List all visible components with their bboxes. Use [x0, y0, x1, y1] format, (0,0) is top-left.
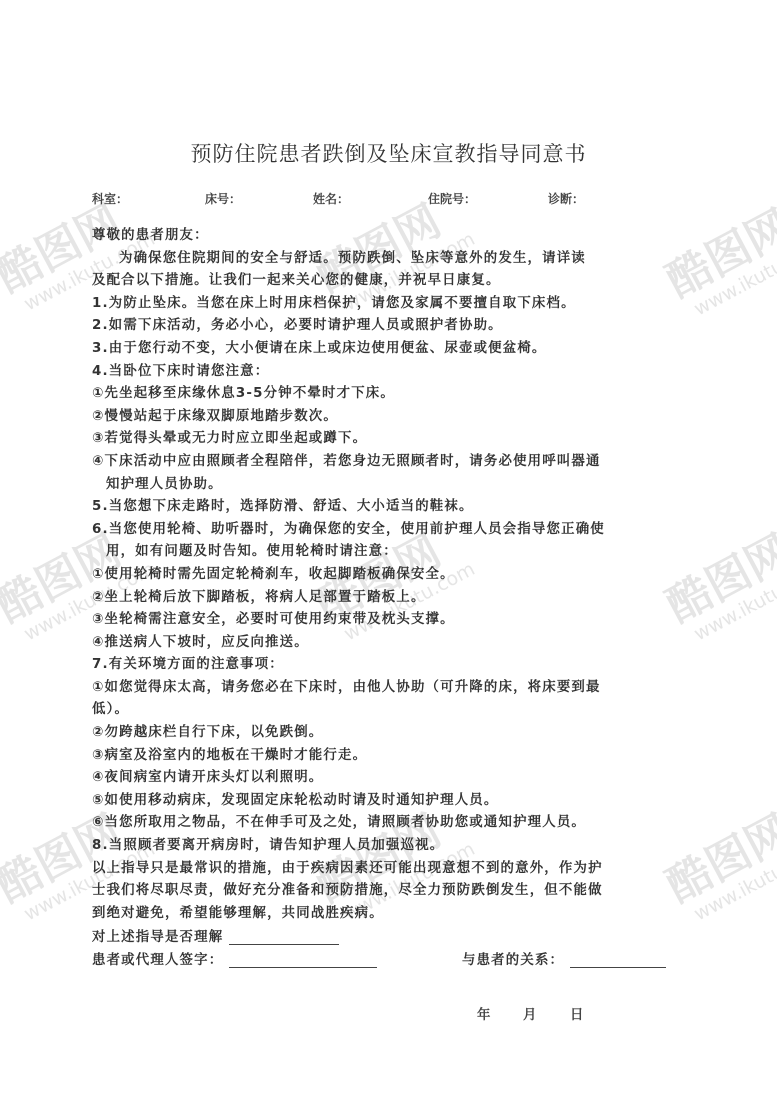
- document-title: 预防住院患者跌倒及坠床宣教指导同意书: [0, 138, 777, 168]
- sub-item-continued: 知护理人员协助。: [92, 474, 692, 497]
- understanding-row: 对上述指导是否理解: [92, 926, 339, 945]
- date-year[interactable]: 年: [477, 1004, 490, 1023]
- list-item: 6.当您使用轮椅、助听器时，为确保您的安全，使用前护理人员会指导您正确使: [92, 519, 692, 542]
- closing-paragraph: 到绝对避免，希望能够理解，共同战胜疾病。: [92, 903, 692, 926]
- sub-item: ①先坐起移至床缘休息3-5分钟不晕时才下床。: [92, 383, 692, 406]
- list-item: 1.为防止坠床。当您在床上时用床档保护，请您及家属不要擅自取下床档。: [92, 293, 692, 316]
- signature-input-line[interactable]: [229, 955, 377, 968]
- list-item: 8.当照顾者要离开病房时，请告知护理人员加强巡视。: [92, 835, 692, 858]
- date-day[interactable]: 日: [570, 1004, 583, 1023]
- list-item: 7.有关环境方面的注意事项：: [92, 654, 692, 677]
- sub-item: ③病室及浴室内的地板在干燥时才能行走。: [92, 745, 692, 768]
- date-month[interactable]: 月: [523, 1004, 536, 1023]
- greeting: 尊敬的患者朋友：: [92, 225, 692, 248]
- admission-number-field[interactable]: 住院号：: [428, 190, 476, 207]
- patient-info-row: 科室： 床号： 姓名： 住院号： 诊断：: [0, 190, 777, 210]
- sub-item: ②慢慢站起于床缘双脚原地踏步数次。: [92, 406, 692, 429]
- sub-item-continued: 低）。: [92, 699, 692, 722]
- sub-item: ②勿跨越床栏自行下床，以免跌倒。: [92, 722, 692, 745]
- understanding-input-line[interactable]: [229, 932, 339, 945]
- department-field[interactable]: 科室：: [92, 190, 128, 207]
- understanding-label: 对上述指导是否理解: [92, 930, 223, 945]
- diagnosis-field[interactable]: 诊断：: [548, 190, 584, 207]
- relation-label: 与患者的关系：: [462, 953, 564, 968]
- intro-paragraph: 及配合以下措施。让我们一起来关心您的健康，并祝早日康复。: [92, 270, 692, 293]
- sub-item: ④下床活动中应由照顾者全程陪伴，若您身边无照顾者时，请务必使用呼叫器通: [92, 451, 692, 474]
- consent-form-page: 酷图网www.ikutu.com 酷图网www.ikutu.com 酷图网www…: [0, 0, 777, 1099]
- signature-label: 患者或代理人签字：: [92, 953, 223, 968]
- list-item-continued: 用，如有问题及时告知。使用轮椅时请注意：: [92, 541, 692, 564]
- sub-item: ④推送病人下坡时，应反向推送。: [92, 632, 692, 655]
- closing-paragraph: 士我们将尽职尽责，做好充分准备和预防措施，尽全力预防跌倒发生，但不能做: [92, 880, 692, 903]
- relation-row: 与患者的关系：: [462, 949, 666, 968]
- list-item: 3.由于您行动不变，大小便请在床上或床边使用便盆、尿壶或便盆椅。: [92, 338, 692, 361]
- sub-item: ②坐上轮椅后放下脚踏板，将病人足部置于踏板上。: [92, 587, 692, 610]
- sub-item: ⑥当您所取用之物品，不在伸手可及之处，请照顾者协助您或通知护理人员。: [92, 812, 692, 835]
- sub-item: ④夜间病室内请开床头灯以利照明。: [92, 767, 692, 790]
- sub-item: ⑤如使用移动病床，发现固定床轮松动时请及时通知护理人员。: [92, 790, 692, 813]
- closing-paragraph: 以上指导只是最常识的措施，由于疾病因素还可能出现意想不到的意外，作为护: [92, 858, 692, 881]
- name-field[interactable]: 姓名：: [313, 190, 349, 207]
- list-item: 4.当卧位下床时请您注意：: [92, 361, 692, 384]
- sub-item: ③坐轮椅需注意安全，必要时可使用约束带及枕头支撑。: [92, 609, 692, 632]
- sub-item: ①使用轮椅时需先固定轮椅刹车，收起脚踏板确保安全。: [92, 564, 692, 587]
- signature-row: 患者或代理人签字：: [92, 949, 377, 968]
- bed-number-field[interactable]: 床号：: [205, 190, 241, 207]
- sub-item: ①如您觉得床太高，请务您必在下床时，由他人协助（可升降的床，将床要到最: [92, 677, 692, 700]
- sub-item: ③若觉得头晕或无力时应立即坐起或蹲下。: [92, 428, 692, 451]
- list-item: 2.如需下床活动，务必小心，必要时请护理人员或照护者协助。: [92, 315, 692, 338]
- list-item: 5.当您想下床走路时，选择防滑、舒适、大小适当的鞋袜。: [92, 496, 692, 519]
- document-body: 尊敬的患者朋友： 为确保您住院期间的安全与舒适。预防跌倒、坠床等意外的发生，请详…: [92, 225, 692, 925]
- intro-paragraph: 为确保您住院期间的安全与舒适。预防跌倒、坠床等意外的发生，请详读: [92, 248, 692, 271]
- relation-input-line[interactable]: [570, 955, 666, 968]
